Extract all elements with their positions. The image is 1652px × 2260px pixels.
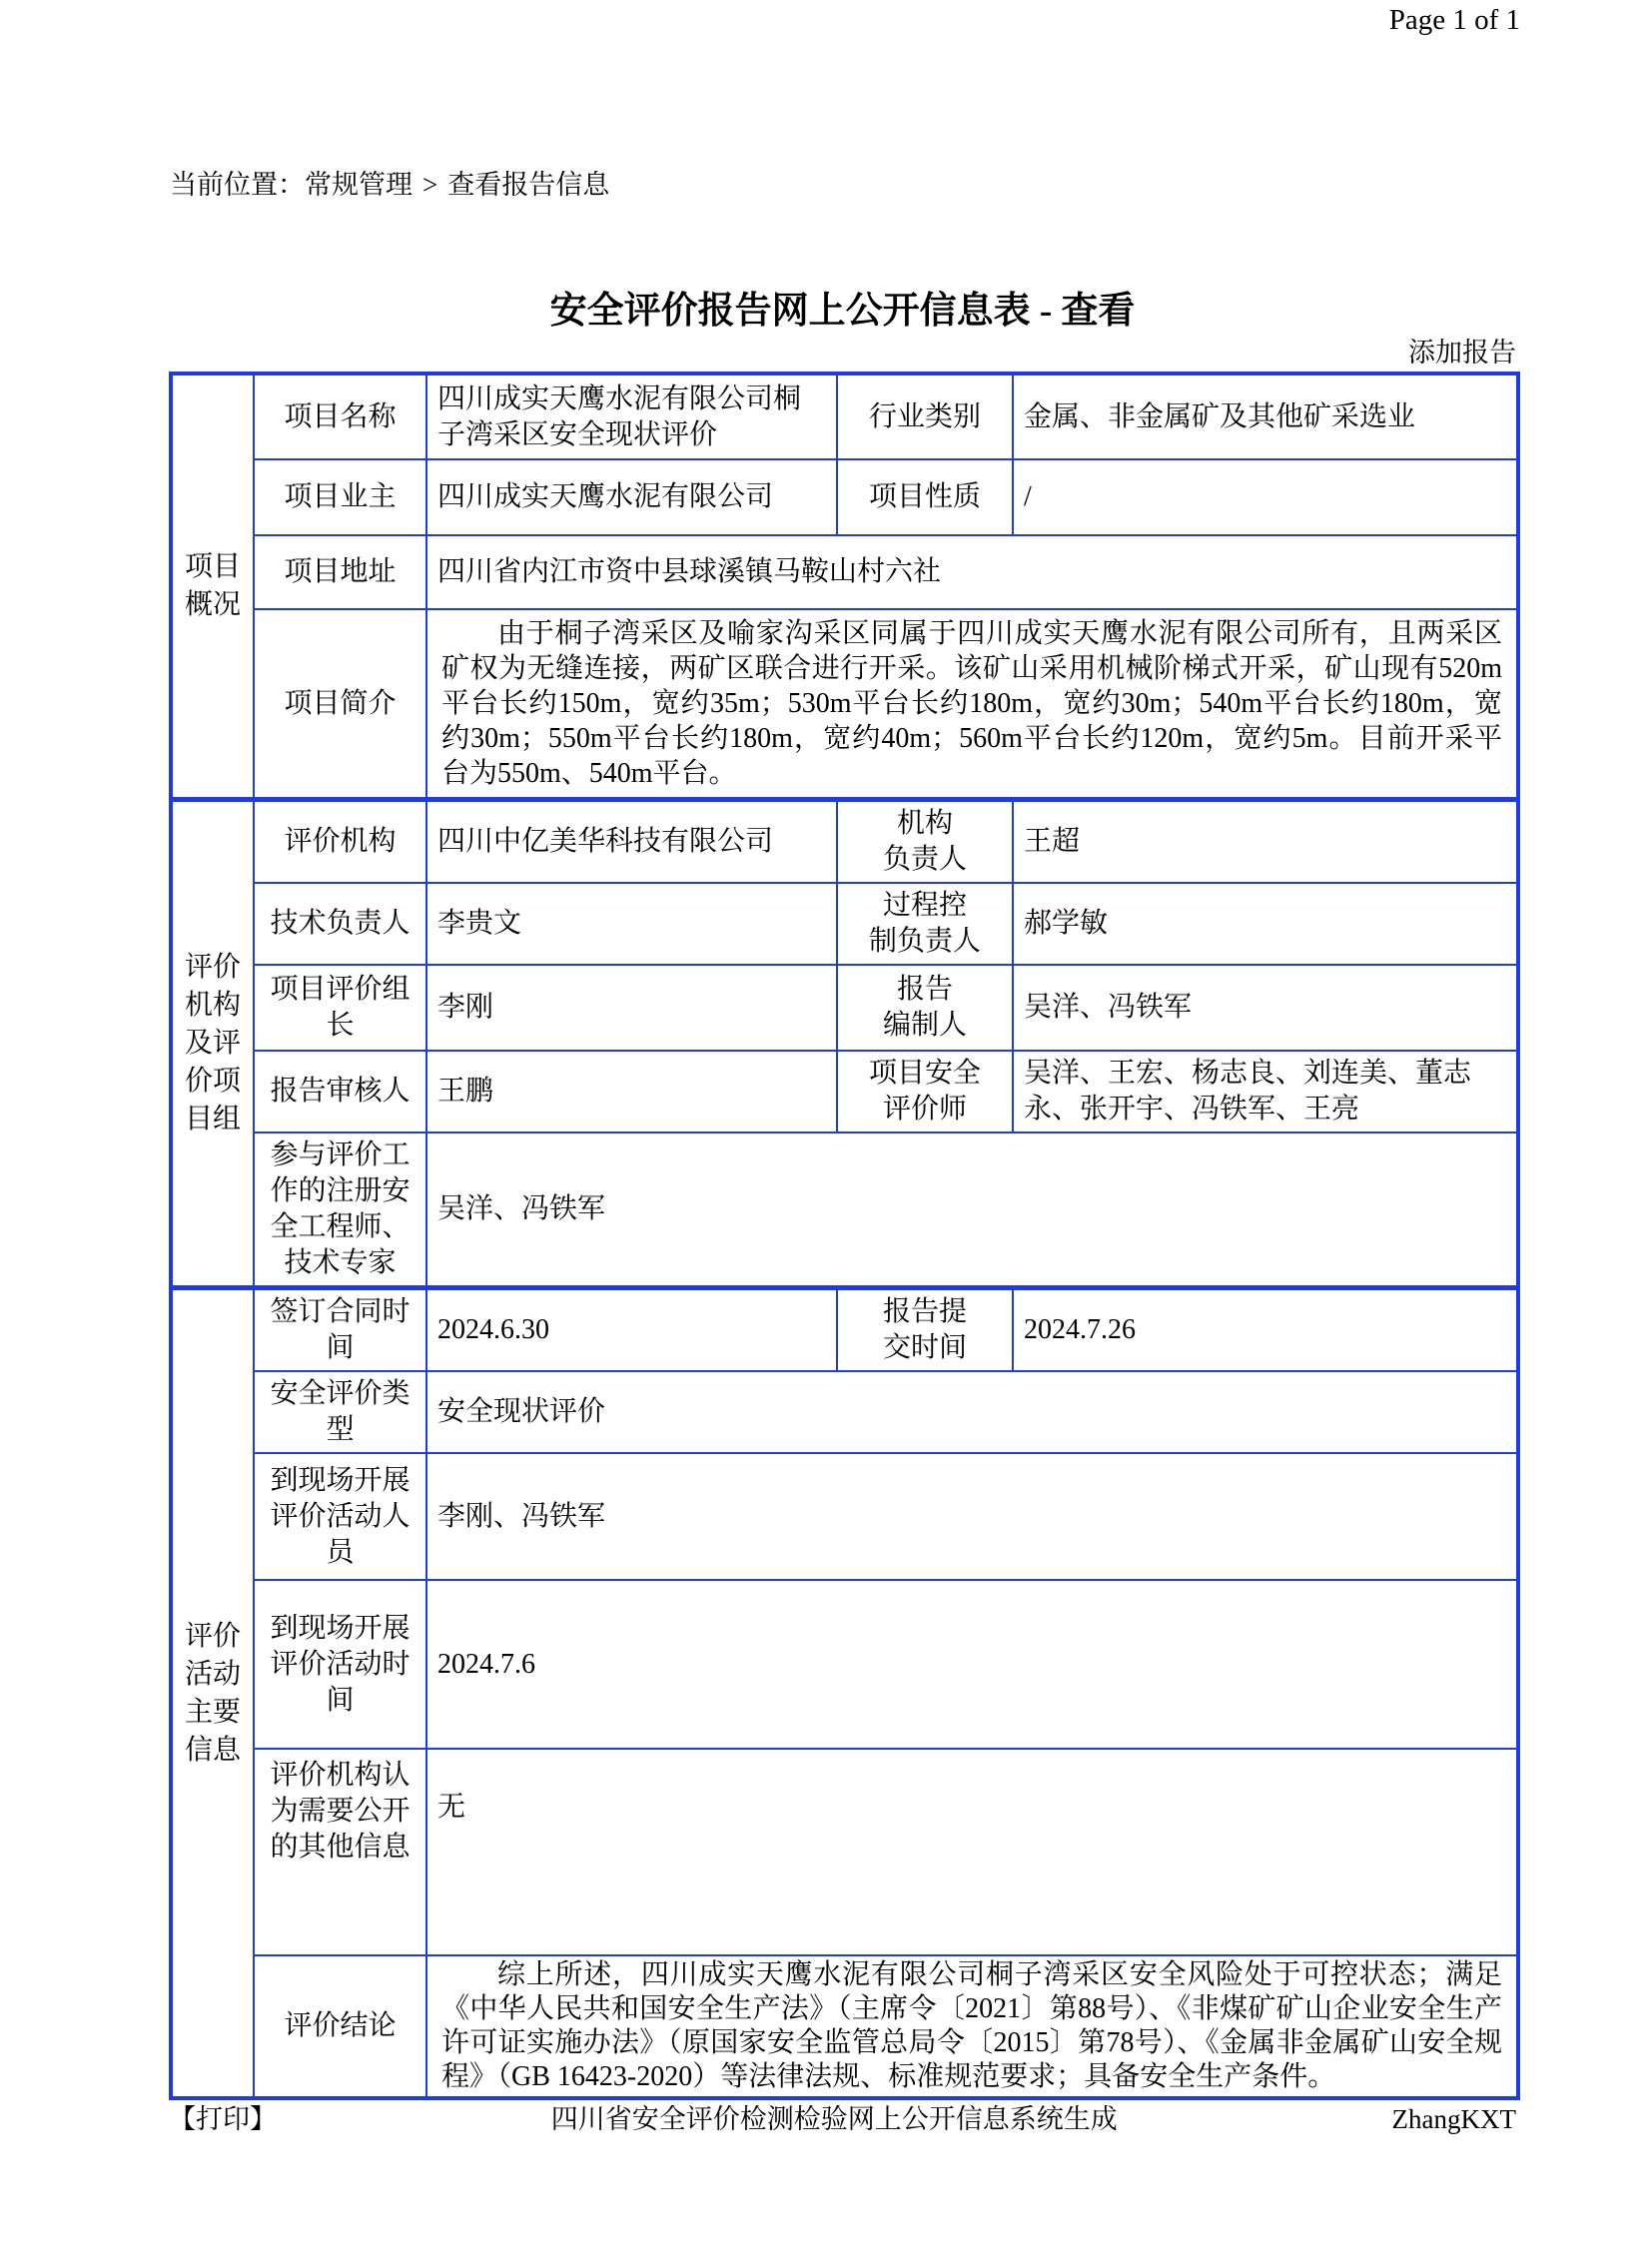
report-info-table: 项目 概况 项目名称 四川成实天鹰水泥有限公司桐子湾采区安全现状评价 行业类别 …	[169, 372, 1516, 2100]
report-author-label: 报告 编制人	[837, 965, 1013, 1051]
onsite-personnel-label: 到现场开展 评价活动人 员	[254, 1453, 426, 1580]
section-label-evaluation-activity-info: 评价 活动 主要 信息	[171, 1288, 254, 2098]
report-submit-date-label: 报告提 交时间	[837, 1288, 1013, 1371]
evaluation-type-value: 安全现状评价	[426, 1371, 1518, 1453]
evaluation-conclusion-value: 综上所述，四川成实天鹰水泥有限公司桐子湾采区安全风险处于可控状态；满足《中华人民…	[426, 1955, 1518, 2098]
onsite-date-label: 到现场开展 评价活动时 间	[254, 1580, 426, 1749]
project-safety-evaluators-value: 吴洋、王宏、杨志良、刘连美、董志永、张开宇、冯铁军、王亮	[1013, 1051, 1518, 1132]
breadcrumb-item-regular-management[interactable]: 常规管理	[305, 170, 413, 200]
contract-sign-date-label: 签订合同时 间	[254, 1288, 426, 1371]
project-team-leader-value: 李刚	[426, 965, 837, 1051]
project-owner-value: 四川成实天鹰水泥有限公司	[426, 459, 837, 535]
project-owner-label: 项目业主	[254, 459, 426, 535]
section-label-evaluation-org-team: 评价 机构 及评 价项 目组	[171, 800, 254, 1287]
section-evaluation-org-team: 评价 机构 及评 价项 目组 评价机构 四川中亿美华科技有限公司 机构 负责人 …	[169, 798, 1520, 1289]
section-label-project-overview: 项目 概况	[171, 374, 254, 799]
breadcrumb-item-view-report-info: 查看报告信息	[447, 170, 609, 200]
project-team-leader-label: 项目评价组 长	[254, 965, 426, 1051]
onsite-date-value: 2024.7.6	[426, 1580, 1518, 1749]
project-name-label: 项目名称	[254, 374, 426, 459]
page-footer: 【打印】 四川省安全评价检测检验网上公开信息系统生成 ZhangKXT	[169, 2097, 1516, 2136]
section-evaluation-activity-info: 评价 活动 主要 信息 签订合同时 间 2024.6.30 报告提 交时间 20…	[169, 1286, 1520, 2100]
org-leader-label: 机构 负责人	[837, 800, 1013, 883]
evaluation-conclusion-label: 评价结论	[254, 1955, 426, 2098]
project-name-value: 四川成实天鹰水泥有限公司桐子湾采区安全现状评价	[426, 374, 837, 459]
contract-sign-date-value: 2024.6.30	[426, 1288, 837, 1371]
report-reviewer-label: 报告审核人	[254, 1051, 426, 1132]
page-title: 安全评价报告网上公开信息表 - 查看	[169, 280, 1516, 334]
breadcrumb-separator: >	[422, 170, 437, 200]
onsite-personnel-value: 李刚、冯铁军	[426, 1453, 1518, 1580]
process-control-leader-value: 郝学敏	[1013, 883, 1518, 965]
breadcrumb: 当前位置：常规管理>查看报告信息	[170, 163, 609, 202]
evaluation-org-value: 四川中亿美华科技有限公司	[426, 800, 837, 883]
project-address-value: 四川省内江市资中县球溪镇马鞍山村六社	[426, 535, 1518, 609]
evaluation-org-label: 评价机构	[254, 800, 426, 883]
page-number: Page 1 of 1	[1389, 4, 1520, 37]
project-summary-label: 项目简介	[254, 609, 426, 799]
other-public-info-value: 无	[426, 1749, 1518, 1955]
project-nature-label: 项目性质	[837, 459, 1013, 535]
project-address-label: 项目地址	[254, 535, 426, 609]
industry-category-value: 金属、非金属矿及其他矿采选业	[1013, 374, 1518, 459]
print-button[interactable]: 【打印】	[169, 2097, 277, 2136]
registered-engineers-value: 吴洋、冯铁军	[426, 1132, 1518, 1287]
tech-leader-value: 李贵文	[426, 883, 837, 965]
org-leader-value: 王超	[1013, 800, 1518, 883]
industry-category-label: 行业类别	[837, 374, 1013, 459]
project-nature-value: /	[1013, 459, 1518, 535]
breadcrumb-label: 当前位置：	[170, 170, 305, 200]
other-public-info-label: 评价机构认 为需要公开 的其他信息	[254, 1749, 426, 1955]
project-summary-value: 由于桐子湾采区及喻家沟采区同属于四川成实天鹰水泥有限公司所有，且两采区矿权为无缝…	[426, 609, 1518, 799]
report-reviewer-value: 王鹏	[426, 1051, 837, 1132]
section-project-overview: 项目 概况 项目名称 四川成实天鹰水泥有限公司桐子湾采区安全现状评价 行业类别 …	[169, 372, 1520, 801]
process-control-leader-label: 过程控 制负责人	[837, 883, 1013, 965]
footer-username: ZhangKXT	[1392, 2104, 1516, 2135]
registered-engineers-label: 参与评价工 作的注册安 全工程师、 技术专家	[254, 1132, 426, 1287]
tech-leader-label: 技术负责人	[254, 883, 426, 965]
report-submit-date-value: 2024.7.26	[1013, 1288, 1518, 1371]
report-author-value: 吴洋、冯铁军	[1013, 965, 1518, 1051]
add-report-link[interactable]: 添加报告	[1408, 331, 1516, 370]
evaluation-type-label: 安全评价类 型	[254, 1371, 426, 1453]
project-safety-evaluators-label: 项目安全 评价师	[837, 1051, 1013, 1132]
footer-generated-by: 四川省安全评价检测检验网上公开信息系统生成	[551, 2097, 1118, 2136]
